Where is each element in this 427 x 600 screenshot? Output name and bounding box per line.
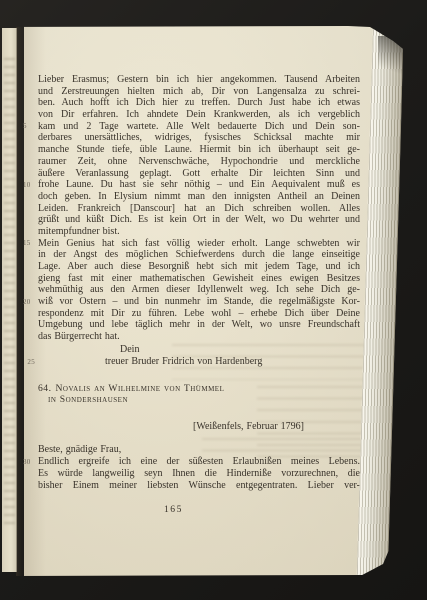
- letter-line: Leiden. Frankreich [Danscour] hat an Dic…: [38, 203, 360, 215]
- letter-heading-title: Novalis an Wilhelmine von Thümmel: [56, 383, 225, 394]
- letter-line-text: von Dir erfahren. Ich ahndete Dein Krank…: [38, 109, 360, 120]
- page-number: 165: [164, 504, 360, 516]
- line-number: 15: [23, 239, 35, 247]
- facing-page-text-blur: [4, 58, 15, 528]
- letter-line: Es würde langweilig seyn Ihnen die Hinde…: [38, 468, 360, 480]
- letter-line-text: frohe Laune. Du hast sie sehr nöthig – u…: [38, 179, 360, 190]
- letter-line: 5kam und 2 Tage wartete. Alle Welt bedau…: [38, 121, 360, 133]
- signature-block: Dein 25 treuer Bruder Fridrich von Harde…: [38, 344, 360, 367]
- letter-line-text: ben. Auch hofft ich Dich hier zu treffen…: [38, 97, 360, 108]
- photo-background: Lieber Erasmus; Gestern bin ich hier ang…: [0, 0, 427, 600]
- letter-line-text: derbares unersättliches, widriges, fysis…: [38, 132, 360, 143]
- signature-closing-text: Dein: [120, 344, 139, 355]
- signature-name-text: treuer Bruder Fridrich von Hardenberg: [105, 356, 262, 367]
- letter-line-text: respondenz mit Dir zu führen. Lebe wohl …: [38, 308, 360, 319]
- letter-line-text: wehmüthig aus den Armen dieser Idyllenwe…: [38, 284, 360, 295]
- book-page: Lieber Erasmus; Gestern bin ich hier ang…: [2, 26, 404, 576]
- line-number: 5: [23, 122, 35, 130]
- letter-heading-number: 64.: [38, 383, 52, 394]
- letter-line-text: kam und 2 Tage wartete. Alle Welt bedaue…: [38, 121, 360, 132]
- line-number: 30: [23, 458, 35, 466]
- letter-line: in der Angst des möglichen Schiefwerdens…: [38, 249, 360, 261]
- letter-line: derbares unersättliches, widriges, fysis…: [38, 132, 360, 144]
- letter-line-text: in der Angst des möglichen Schiefwerdens…: [38, 249, 360, 260]
- page-text-column: Lieber Erasmus; Gestern bin ich hier ang…: [38, 74, 360, 516]
- letter-line: 20wiß vor Ostern – und bin nunmehr im St…: [38, 296, 360, 308]
- letter-line: 10frohe Laune. Du hast sie sehr nöthig –…: [38, 179, 360, 191]
- letter-line: das Bürgerrecht hat.: [38, 331, 360, 343]
- letter-line-text: Lieber Erasmus; Gestern bin ich hier ang…: [38, 74, 360, 85]
- letter-line: 15Mein Genius hat sich fast völlig wiede…: [38, 238, 360, 250]
- letter-line: Umgebung und lebe täglich mehr in der We…: [38, 319, 360, 331]
- letter-line-text: Es würde langweilig seyn Ihnen die Hinde…: [38, 468, 360, 479]
- letter-line: 30Endlich ergreife ich eine der süßesten…: [38, 456, 360, 468]
- letter-heading-line2: in Sondershausen: [48, 394, 360, 406]
- letter-line-text: raumer Zeit, ohne Nervenschwäche, Hypoch…: [38, 156, 360, 167]
- signature-closing: Dein: [38, 344, 360, 356]
- letter-line: Lage. Aber auch diese Besorgniß hebt sic…: [38, 261, 360, 273]
- letter-64-body: Lieber Erasmus; Gestern bin ich hier ang…: [38, 74, 360, 343]
- letter-line-text: Leiden. Frankreich [Danscour] hat an Dic…: [38, 203, 360, 214]
- letter-line: und Zerstreuungen hielten mich ab, Dir v…: [38, 86, 360, 98]
- letter-line-text: Lage. Aber auch diese Besorgniß hebt sic…: [38, 261, 360, 272]
- letter-line-text: bisher Einem meiner liebsten Wünsche ent…: [38, 480, 360, 491]
- dateline: [Weißenfels, Februar 1796]: [38, 421, 360, 433]
- letter-line-text: grüßt und küßt Dich. Es ist kein Ort in …: [38, 214, 360, 225]
- letter-line-text: doch geben. In Elysium nimmt man den inn…: [38, 191, 360, 202]
- letter-65-body: 30Endlich ergreife ich eine der süßesten…: [38, 456, 360, 491]
- letter-line: grüßt und küßt Dich. Es ist kein Ort in …: [38, 214, 360, 226]
- letter-line: raumer Zeit, ohne Nervenschwäche, Hypoch…: [38, 156, 360, 168]
- letter-line: Lieber Erasmus; Gestern bin ich hier ang…: [38, 74, 360, 86]
- letter-line-text: wiß vor Ostern – und bin nunmehr im Stan…: [38, 296, 360, 307]
- letter-line-text: Endlich ergreife ich eine der süßesten E…: [38, 456, 360, 467]
- letter-line: von Dir erfahren. Ich ahndete Dein Krank…: [38, 109, 360, 121]
- letter-line-text: das Bürgerrecht hat.: [38, 331, 120, 342]
- letter-line-text: Mein Genius hat sich fast völlig wieder …: [38, 238, 360, 249]
- letter-line-text: und Zerstreuungen hielten mich ab, Dir v…: [38, 86, 360, 97]
- salutation: Beste, gnädige Frau,: [38, 444, 360, 456]
- letter-line: manche Stunde tiefe, üble Laune. Hiermit…: [38, 144, 360, 156]
- letter-line: bisher Einem meiner liebsten Wünsche ent…: [38, 480, 360, 492]
- letter-line-text: Umgebung und lebe täglich mehr in der We…: [38, 319, 360, 330]
- letter-line: doch geben. In Elysium nimmt man den inn…: [38, 191, 360, 203]
- line-number: 10: [23, 181, 35, 189]
- line-number: 25: [23, 358, 35, 366]
- letter-heading: 64.Novalis an Wilhelmine von Thümmel: [38, 383, 360, 395]
- letter-line-text: manche Stunde tiefe, üble Laune. Hiermit…: [38, 144, 360, 155]
- letter-line: ben. Auch hofft ich Dich hier zu treffen…: [38, 97, 360, 109]
- facing-page-edge: [2, 28, 17, 572]
- letter-line: äußere Veranlassung geplagt. Gott erhalt…: [38, 168, 360, 180]
- letter-line-text: äußere Veranlassung geplagt. Gott erhalt…: [38, 168, 360, 179]
- letter-line-text: mitempfundner bist.: [38, 226, 120, 237]
- letter-line: mitempfundner bist.: [38, 226, 360, 238]
- letter-line: respondenz mit Dir zu führen. Lebe wohl …: [38, 308, 360, 320]
- signature-name: 25 treuer Bruder Fridrich von Hardenberg: [38, 356, 360, 368]
- letter-line: gieng fast mit einer mathematischen Gewi…: [38, 273, 360, 285]
- curled-corner-shadow: [378, 36, 404, 80]
- letter-line: wehmüthig aus den Armen dieser Idyllenwe…: [38, 284, 360, 296]
- line-number: 20: [23, 298, 35, 306]
- letter-line-text: gieng fast mit einer mathematischen Gewi…: [38, 273, 360, 284]
